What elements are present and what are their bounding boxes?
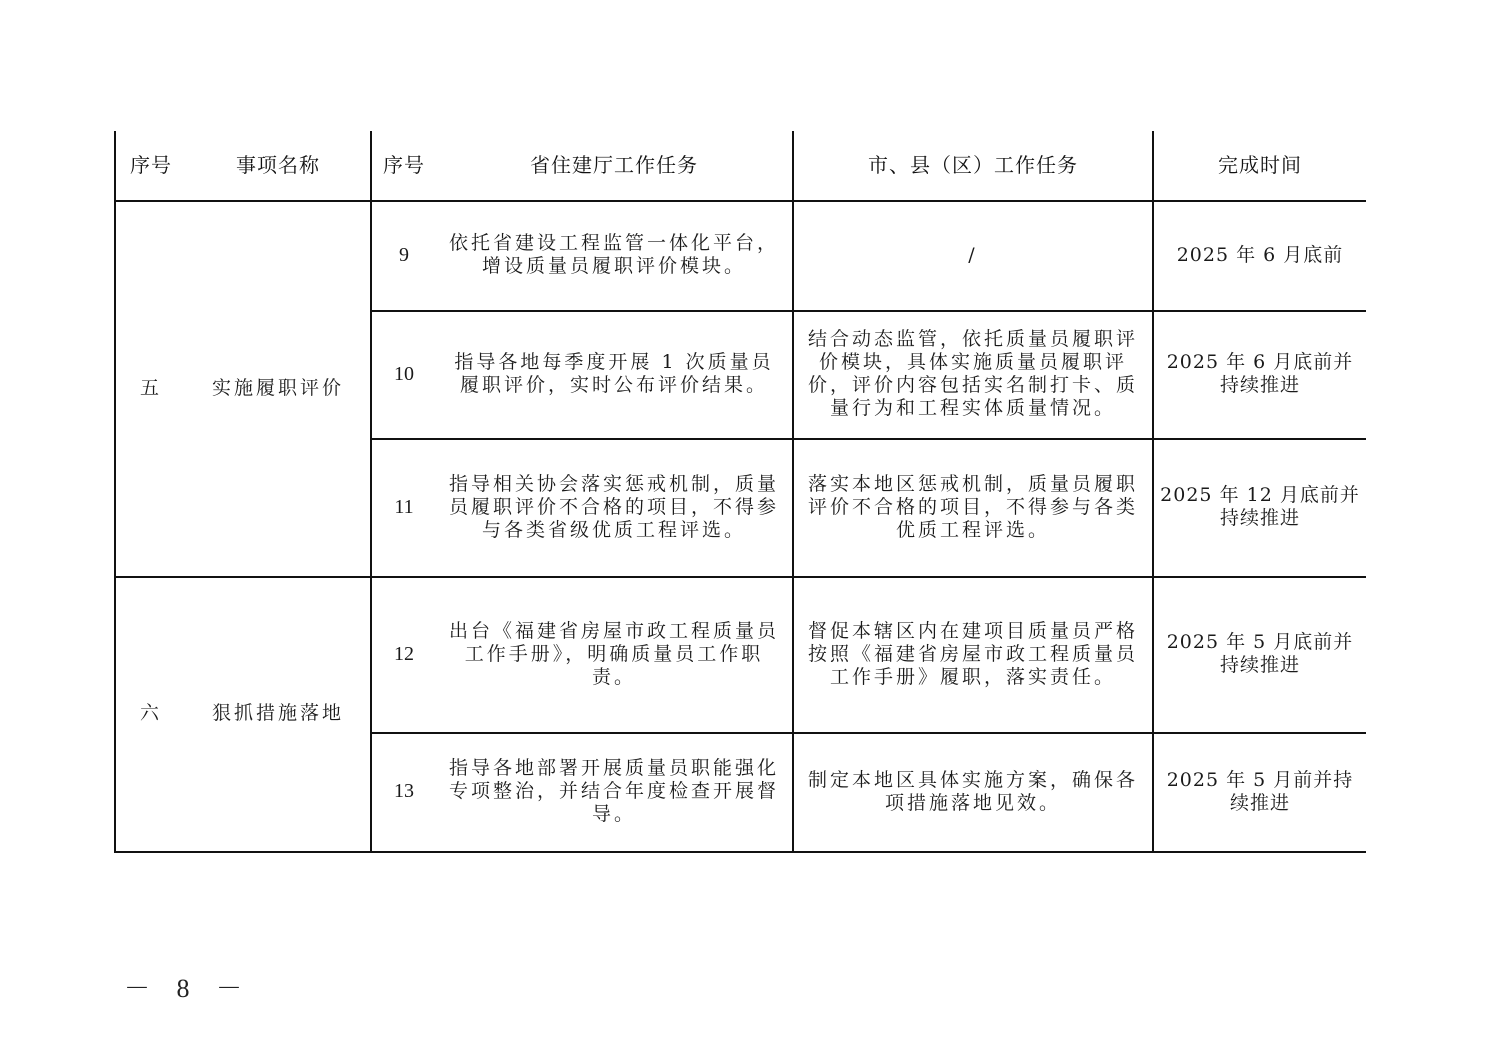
province-task-text: 指导各地每季度开展 1 次质量员履职评价，实时公布评价结果。 (444, 351, 784, 397)
province-task-text: 指导各地部署开展质量员职能强化专项整治，并结合年度检查开展督导。 (444, 757, 784, 826)
header-task-no: 序号 (372, 131, 436, 200)
deadline-cell: 2025 年 6 月底前 (1158, 200, 1362, 310)
column-divider (1152, 131, 1154, 852)
header-city-task-label: 市、县（区）工作任务 (868, 154, 1078, 177)
group-name: 狠抓措施落地 (212, 702, 344, 725)
task-no: 9 (399, 244, 409, 267)
province-task-cell: 依托省建设工程监管一体化平台，增设质量员履职评价模块。 (440, 200, 788, 310)
header-deadline: 完成时间 (1154, 131, 1366, 200)
group-name: 实施履职评价 (212, 377, 344, 400)
header-city-task: 市、县（区）工作任务 (794, 131, 1152, 200)
task-no: 10 (394, 363, 414, 386)
deadline-text: 2025 年 5 月底前并持续推进 (1158, 631, 1362, 677)
group-no-cell: 六 (116, 576, 186, 851)
group-no-cell: 五 (116, 200, 186, 576)
task-no-cell: 12 (372, 576, 436, 732)
deadline-text: 2025 年 6 月底前并持续推进 (1158, 351, 1362, 397)
header-province-task: 省住建厅工作任务 (436, 131, 792, 200)
document-page: 序号 事项名称 序号 省住建厅工作任务 市、县（区）工作任务 完成时间 五 实施… (0, 0, 1500, 1060)
deadline-text: 2025 年 12 月底前并持续推进 (1158, 484, 1362, 530)
header-deadline-label: 完成时间 (1218, 154, 1302, 177)
city-task-cell: 制定本地区具体实施方案，确保各项措施落地见效。 (798, 732, 1148, 851)
city-task-cell: 督促本辖区内在建项目质量员严格按照《福建省房屋市政工程质量员工作手册》履职，落实… (798, 576, 1148, 732)
task-no: 13 (394, 780, 414, 803)
group-no: 六 (140, 702, 162, 725)
city-task-text: 制定本地区具体实施方案，确保各项措施落地见效。 (798, 769, 1148, 815)
city-task-text: 督促本辖区内在建项目质量员严格按照《福建省房屋市政工程质量员工作手册》履职，落实… (798, 620, 1148, 689)
deadline-cell: 2025 年 5 月前并持续推进 (1158, 732, 1362, 851)
province-task-cell: 指导相关协会落实惩戒机制，质量员履职评价不合格的项目，不得参与各类省级优质工程评… (440, 438, 788, 576)
header-group-no-label: 序号 (130, 154, 172, 177)
column-divider (792, 131, 794, 852)
task-no-cell: 11 (372, 438, 436, 576)
task-no: 12 (394, 643, 414, 666)
city-task-cell: 结合动态监管，依托质量员履职评价模块，具体实施质量员履职评价，评价内容包括实名制… (798, 310, 1148, 438)
province-task-cell: 指导各地部署开展质量员职能强化专项整治，并结合年度检查开展督导。 (440, 732, 788, 851)
group-no: 五 (140, 377, 162, 400)
province-task-cell: 出台《福建省房屋市政工程质量员工作手册》，明确质量员工作职责。 (440, 576, 788, 732)
deadline-text: 2025 年 5 月前并持续推进 (1158, 769, 1362, 815)
task-no: 11 (394, 496, 413, 519)
deadline-cell: 2025 年 12 月底前并持续推进 (1158, 438, 1362, 576)
group-name-cell: 实施履职评价 (186, 200, 370, 576)
province-task-text: 依托省建设工程监管一体化平台，增设质量员履职评价模块。 (444, 232, 784, 278)
city-task-text: / (968, 244, 977, 267)
task-no-cell: 13 (372, 732, 436, 851)
group-name-cell: 狠抓措施落地 (186, 576, 370, 851)
header-province-task-label: 省住建厅工作任务 (530, 154, 698, 177)
header-group-no: 序号 (116, 131, 186, 200)
city-task-text: 落实本地区惩戒机制，质量员履职评价不合格的项目，不得参与各类优质工程评选。 (798, 473, 1148, 542)
province-task-text: 指导相关协会落实惩戒机制，质量员履职评价不合格的项目，不得参与各类省级优质工程评… (444, 473, 784, 542)
city-task-cell: 落实本地区惩戒机制，质量员履职评价不合格的项目，不得参与各类优质工程评选。 (798, 438, 1148, 576)
header-item-name-label: 事项名称 (236, 154, 320, 177)
province-task-cell: 指导各地每季度开展 1 次质量员履职评价，实时公布评价结果。 (440, 310, 788, 438)
task-no-cell: 10 (372, 310, 436, 438)
header-task-no-label: 序号 (383, 154, 425, 177)
table-bottom-border (114, 851, 1366, 853)
city-task-cell: / (798, 200, 1148, 310)
deadline-cell: 2025 年 6 月底前并持续推进 (1158, 310, 1362, 438)
task-no-cell: 9 (372, 200, 436, 310)
deadline-cell: 2025 年 5 月底前并持续推进 (1158, 576, 1362, 732)
city-task-text: 结合动态监管，依托质量员履职评价模块，具体实施质量员履职评价，评价内容包括实名制… (798, 328, 1148, 420)
page-number: － 8 － (124, 968, 252, 1005)
deadline-text: 2025 年 6 月底前 (1177, 244, 1344, 267)
header-item-name: 事项名称 (186, 131, 370, 200)
province-task-text: 出台《福建省房屋市政工程质量员工作手册》，明确质量员工作职责。 (444, 620, 784, 689)
